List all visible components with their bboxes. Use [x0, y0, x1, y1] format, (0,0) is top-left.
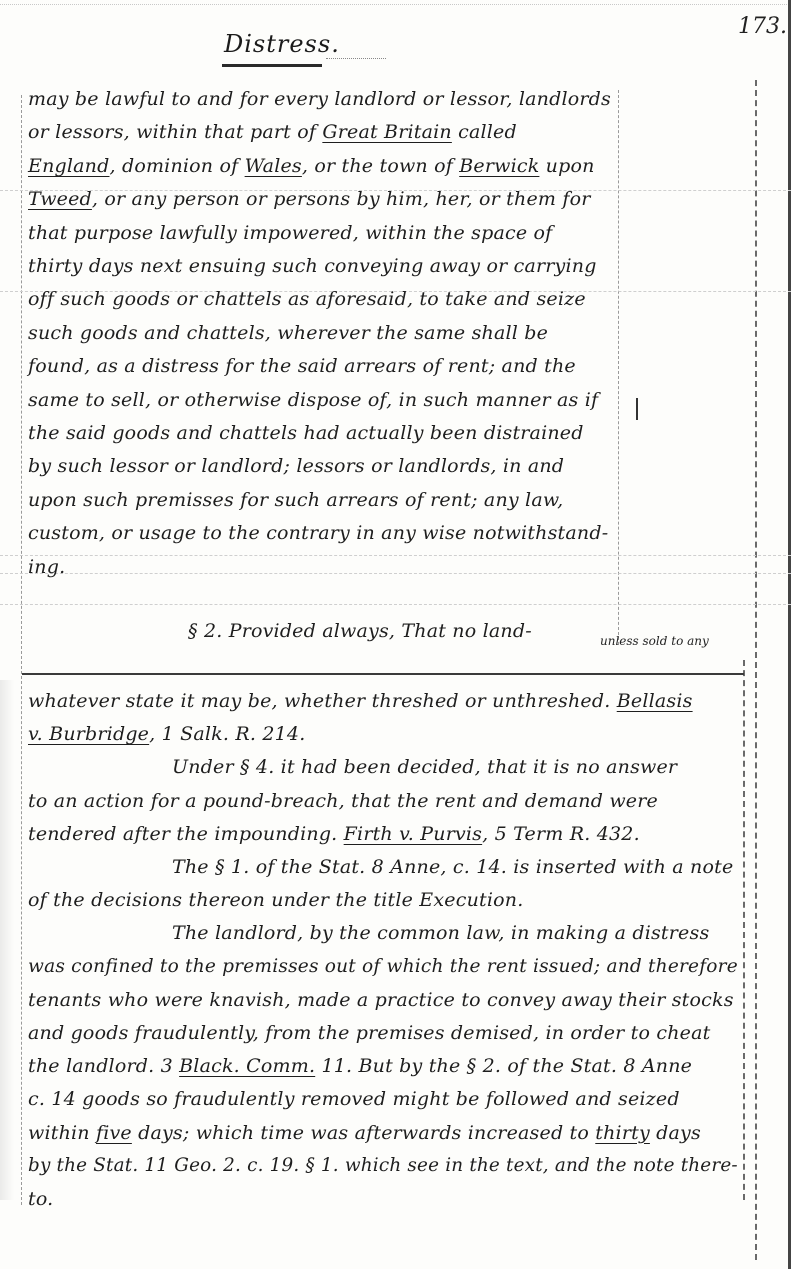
text-segment: the said goods and chattels had actually… — [28, 422, 584, 444]
upper-right-margin-rule — [618, 90, 619, 645]
text-segment: to. — [28, 1188, 53, 1210]
left-margin-rule — [21, 95, 22, 1205]
underlined-citation: Firth v. Purvis — [344, 823, 482, 845]
text-segment: that purpose lawfully impowered, within … — [28, 222, 552, 244]
underlined-citation: v. Burbridge — [28, 723, 149, 745]
text-segment: of the decisions thereon under the title… — [28, 889, 523, 911]
text-segment: , or any person or persons by him, her, … — [92, 188, 591, 210]
text-segment: thirty days next ensuing such conveying … — [28, 255, 597, 277]
manuscript-line: v. Burbridge, 1 Salk. R. 214. — [28, 723, 305, 745]
text-segment: whatever state it may be, whether thresh… — [28, 690, 617, 712]
manuscript-line: by such lessor or landlord; lessors or l… — [28, 455, 564, 477]
manuscript-line: found, as a distress for the said arrear… — [28, 355, 576, 377]
text-segment: tendered after the impounding. — [28, 823, 344, 845]
underlined-citation: Berwick — [459, 155, 539, 177]
manuscript-line: to an action for a pound-breach, that th… — [28, 790, 658, 812]
text-segment: off such goods or chattels as aforesaid,… — [28, 288, 586, 310]
underlined-citation: Great Britain — [322, 121, 452, 143]
text-segment: days — [650, 1122, 701, 1144]
margin-tick-mark — [636, 398, 638, 420]
guide-line — [0, 573, 791, 574]
text-segment: 11. But by the § 2. of the Stat. 8 Anne — [315, 1055, 692, 1077]
manuscript-line: custom, or usage to the contrary in any … — [28, 522, 608, 544]
manuscript-line: that purpose lawfully impowered, within … — [28, 222, 552, 244]
manuscript-line: such goods and chattels, wherever the sa… — [28, 322, 548, 344]
text-segment: custom, or usage to the contrary in any … — [28, 522, 608, 544]
manuscript-line: upon such premisses for such arrears of … — [28, 489, 563, 511]
manuscript-line: Under § 4. it had been decided, that it … — [172, 756, 677, 778]
manuscript-line: the landlord. 3 Black. Comm. 11. But by … — [28, 1055, 692, 1077]
manuscript-line: same to sell, or otherwise dispose of, i… — [28, 389, 598, 411]
text-segment: , 5 Term R. 432. — [482, 823, 640, 845]
text-segment: , or the town of — [302, 155, 459, 177]
manuscript-line: The landlord, by the common law, in maki… — [172, 922, 709, 944]
manuscript-line: off such goods or chattels as aforesaid,… — [28, 288, 586, 310]
manuscript-page: 173. Distress. may be lawful to and for … — [0, 0, 791, 1269]
text-segment: upon such premisses for such arrears of … — [28, 489, 563, 511]
manuscript-line: tenants who were knavish, made a practic… — [28, 989, 734, 1011]
underlined-citation: England — [28, 155, 109, 177]
guide-line — [0, 604, 791, 605]
scan-top-edge — [0, 4, 791, 5]
underlined-citation: thirty — [595, 1122, 650, 1144]
text-segment: upon — [539, 155, 594, 177]
text-segment: to an action for a pound-breach, that th… — [28, 790, 658, 812]
text-segment: or lessors, within that part of — [28, 121, 322, 143]
text-segment: called — [452, 121, 517, 143]
manuscript-line: The § 1. of the Stat. 8 Anne, c. 14. is … — [172, 856, 733, 878]
manuscript-line: the said goods and chattels had actually… — [28, 422, 584, 444]
manuscript-line: Tweed, or any person or persons by him, … — [28, 188, 591, 210]
manuscript-line: ing. — [28, 556, 65, 578]
manuscript-line: c. 14 goods so fraudulently removed migh… — [28, 1088, 680, 1110]
manuscript-line: tendered after the impounding. Firth v. … — [28, 823, 640, 845]
scan-left-shadow — [0, 680, 14, 1200]
underlined-citation: Wales — [245, 155, 302, 177]
text-segment: and goods fraudulently, from the premise… — [28, 1022, 710, 1044]
text-segment: found, as a distress for the said arrear… — [28, 355, 576, 377]
manuscript-line: by the Stat. 11 Geo. 2. c. 19. § 1. whic… — [28, 1155, 738, 1176]
text-segment: Under § 4. it had been decided, that it … — [172, 756, 677, 778]
text-segment: tenants who were knavish, made a practic… — [28, 989, 734, 1011]
page-number: 173. — [738, 14, 787, 39]
section-2-line: § 2. Provided always, That no land- — [188, 620, 532, 642]
lower-right-rule — [743, 660, 745, 1200]
manuscript-line: to. — [28, 1188, 53, 1210]
underlined-citation: Tweed — [28, 188, 92, 210]
text-segment: ing. — [28, 556, 65, 578]
text-segment: , dominion of — [109, 155, 244, 177]
margin-note: unless sold to any — [600, 634, 709, 648]
manuscript-line: of the decisions thereon under the title… — [28, 889, 523, 911]
underlined-citation: Bellasis — [617, 690, 693, 712]
heading-leader-dots — [326, 58, 386, 59]
text-segment: days; which time was afterwards increase… — [132, 1122, 595, 1144]
manuscript-line: may be lawful to and for every landlord … — [28, 88, 611, 110]
manuscript-line: or lessors, within that part of Great Br… — [28, 121, 517, 143]
text-segment: such goods and chattels, wherever the sa… — [28, 322, 548, 344]
text-segment: was confined to the premisses out of whi… — [28, 956, 738, 977]
underlined-citation: five — [96, 1122, 132, 1144]
manuscript-line: whatever state it may be, whether thresh… — [28, 690, 693, 712]
manuscript-line: England, dominion of Wales, or the town … — [28, 155, 595, 177]
text-segment: c. 14 goods so fraudulently removed migh… — [28, 1088, 680, 1110]
text-segment: , 1 Salk. R. 214. — [149, 723, 305, 745]
heading-underline — [222, 64, 322, 67]
manuscript-line: was confined to the premisses out of whi… — [28, 956, 738, 977]
guide-line — [0, 555, 791, 556]
text-segment: The landlord, by the common law, in maki… — [172, 922, 709, 944]
text-segment: same to sell, or otherwise dispose of, i… — [28, 389, 598, 411]
underlined-citation: Black. Comm. — [179, 1055, 315, 1077]
text-segment: may be lawful to and for every landlord … — [28, 88, 611, 110]
text-segment: by such lessor or landlord; lessors or l… — [28, 455, 564, 477]
manuscript-line: within five days; which time was afterwa… — [28, 1122, 701, 1144]
page-heading: Distress. — [224, 30, 340, 58]
manuscript-line: and goods fraudulently, from the premise… — [28, 1022, 710, 1044]
text-segment: by the Stat. 11 Geo. 2. c. 19. § 1. whic… — [28, 1155, 738, 1176]
far-right-rule — [755, 80, 757, 1260]
text-segment: The § 1. of the Stat. 8 Anne, c. 14. is … — [172, 856, 733, 878]
manuscript-line: thirty days next ensuing such conveying … — [28, 255, 597, 277]
text-segment: within — [28, 1122, 96, 1144]
section-divider — [22, 673, 744, 675]
text-segment: the landlord. 3 — [28, 1055, 179, 1077]
